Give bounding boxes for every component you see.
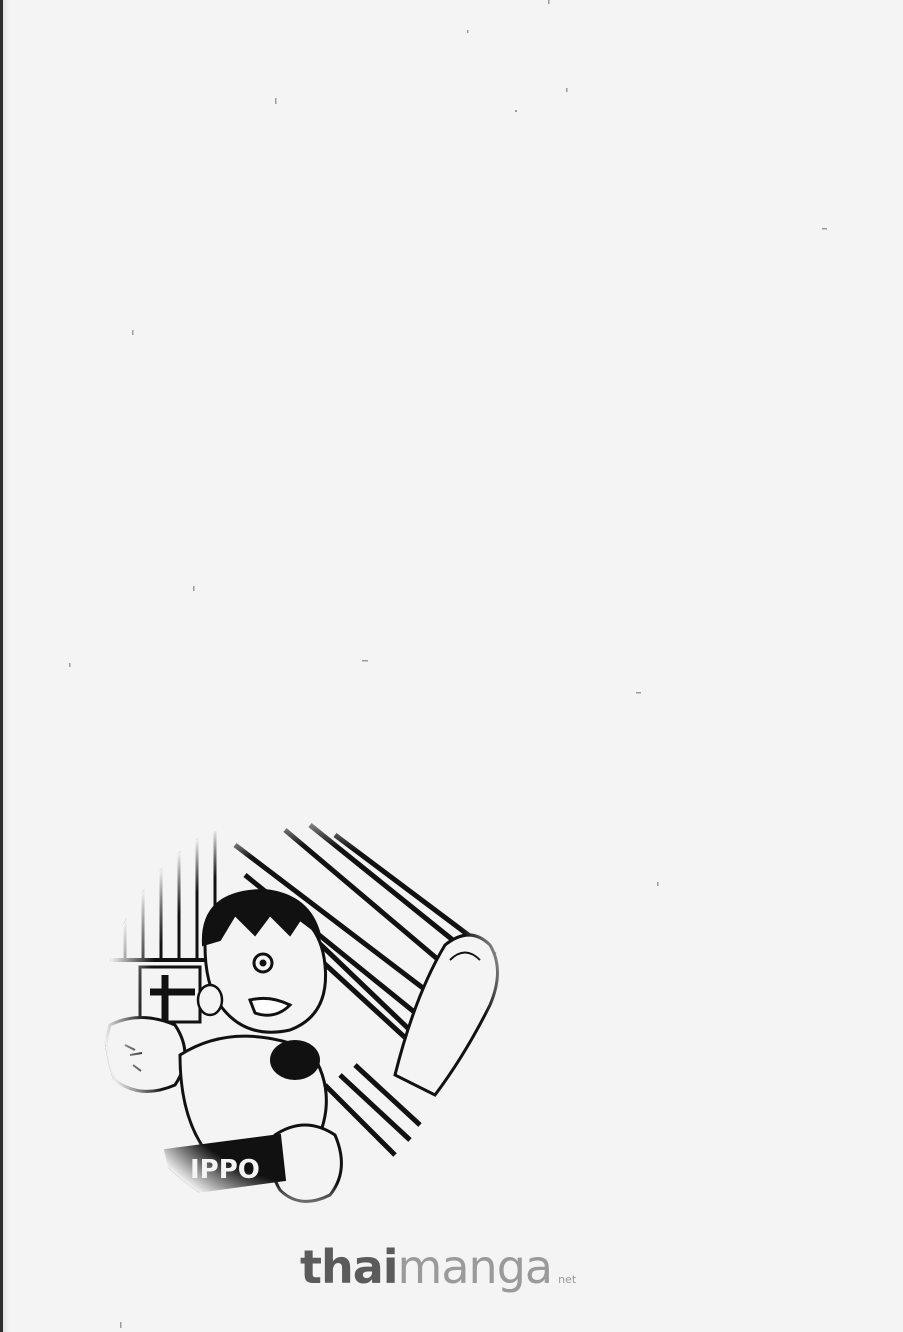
- boxer-drawing: IPPO: [95, 795, 535, 1235]
- boxer-illustration: IPPO: [95, 795, 535, 1235]
- page-edge-shadow: [3, 0, 9, 1332]
- watermark-net: net: [558, 1273, 576, 1286]
- watermark-manga: manga: [398, 1240, 553, 1294]
- watermark-logo: thai manga net: [300, 1240, 576, 1296]
- watermark-thai: thai: [300, 1240, 398, 1294]
